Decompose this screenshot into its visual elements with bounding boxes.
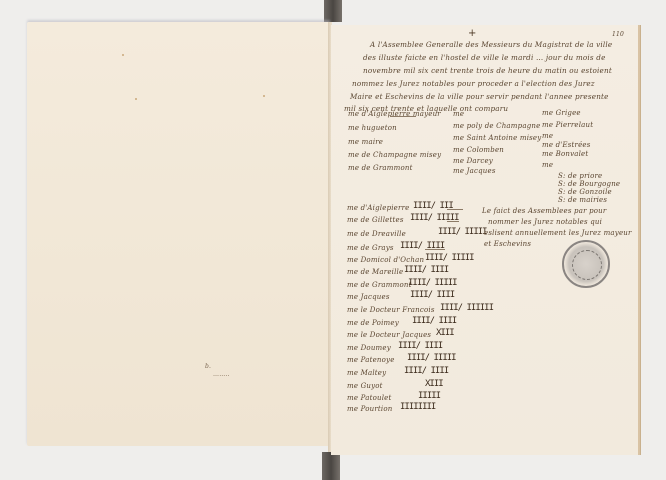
note-line: nommer les Jurez notables qui	[488, 218, 602, 226]
left-page-mark: ……..	[213, 371, 230, 378]
tally-marks: IIII/ IIII	[412, 316, 456, 326]
note-line: eslisent annuellement les Jurez mayeur	[484, 229, 632, 237]
left-page-verso: b. ……..	[27, 22, 330, 446]
tally-marks: XIII	[436, 328, 454, 338]
tally-marks: IIIII	[418, 391, 440, 401]
header-line: A l'Assemblee Generalle des Messieurs du…	[370, 40, 612, 49]
attendee: me	[453, 110, 464, 118]
candidate-name: me Patoulet	[347, 394, 392, 402]
candidate-name: me de Gillettes	[347, 216, 404, 224]
tally-marks: IIII/ IIIII	[438, 227, 487, 237]
book-spine-top	[324, 0, 342, 22]
candidate-name: me d'Aiglepierre	[347, 204, 409, 212]
attendee: me maire	[348, 138, 383, 146]
elected-entry: S: de Bourgogne	[558, 180, 620, 188]
attendee: me Pierrelaut	[542, 121, 593, 129]
tally-marks: IIII/ IIII	[410, 290, 454, 300]
candidate-name: me Guyot	[347, 382, 383, 390]
candidate-name: me de Mareille	[347, 268, 403, 276]
candidate-name: me Domicol d'Ochan	[347, 256, 424, 264]
tally-marks: IIII/ IIIII	[425, 253, 474, 263]
candidate-name: me le Docteur Francois	[347, 306, 435, 314]
attendee: me	[542, 132, 553, 140]
tally-marks: IIII/ IIIII	[408, 278, 457, 288]
attendee: me hugueton	[348, 124, 397, 132]
note-line: et Eschevins	[484, 240, 531, 248]
tally-marks: IIIIIIII	[400, 402, 435, 412]
candidate-name: me Maltey	[347, 369, 386, 377]
header-line: novembre mil six cent trente trois de he…	[363, 66, 612, 75]
candidate-name: me de Dreaville	[347, 230, 406, 238]
elected-entry: S: de priore	[558, 172, 602, 180]
attendee: me de Grammont	[348, 164, 413, 172]
attendee: me	[542, 161, 553, 169]
note-line: Le faict des Assemblees par pour	[482, 207, 606, 215]
header-line: Maire et Eschevins de la ville pour serv…	[350, 92, 609, 101]
candidate-name: me de Grays	[347, 244, 394, 252]
candidate-name: me Jacques	[347, 293, 390, 301]
attendee: me Bonvalet	[542, 150, 588, 158]
candidate-name: me de Poimey	[347, 319, 399, 327]
cross-mark: +	[468, 28, 477, 39]
candidate-name: me Patenoye	[347, 356, 395, 364]
attendee: me Jacques	[453, 167, 496, 175]
candidate-name: me de Grammont	[347, 281, 412, 289]
elected-entry: S: de mairies	[558, 196, 607, 204]
tally-marks: XIII	[425, 379, 443, 389]
elected-entry: S: de Gonzoile	[558, 188, 612, 196]
attendee: me Colomben	[453, 146, 504, 154]
book-spine-bottom	[322, 452, 340, 480]
attendee: me Darcey	[453, 157, 493, 165]
candidate-name: me Doumey	[347, 344, 391, 352]
candidate-name: me le Docteur Jacques	[347, 331, 431, 339]
attendee: me d'Estrées	[542, 141, 591, 149]
left-page-mark: b.	[205, 363, 211, 370]
header-line: des illuste faicte en l'hostel de ville …	[363, 53, 606, 62]
attendee: me de Champagne misey	[348, 151, 441, 159]
stamp-seal	[562, 240, 610, 288]
attendee: me Grigee	[542, 109, 581, 117]
tally-marks: IIII/ IIII	[404, 265, 448, 275]
candidate-name: me Pourtion	[347, 405, 392, 413]
attendee: me d'Aiglepierre mayeur	[348, 110, 441, 118]
tally-marks: IIII/ IIII	[398, 341, 442, 351]
header-line: nommez les Jurez notables pour proceder …	[352, 79, 595, 88]
folio-number: 110	[612, 31, 624, 38]
tally-marks: IIII/ IIII	[404, 366, 448, 376]
attendee: me Saint Antoine misey	[453, 134, 541, 142]
tally-marks: IIII/ IIIII	[407, 353, 456, 363]
attendee: me poly de Champagne	[453, 122, 540, 130]
tally-marks: IIII/ IIIIII	[440, 303, 493, 313]
